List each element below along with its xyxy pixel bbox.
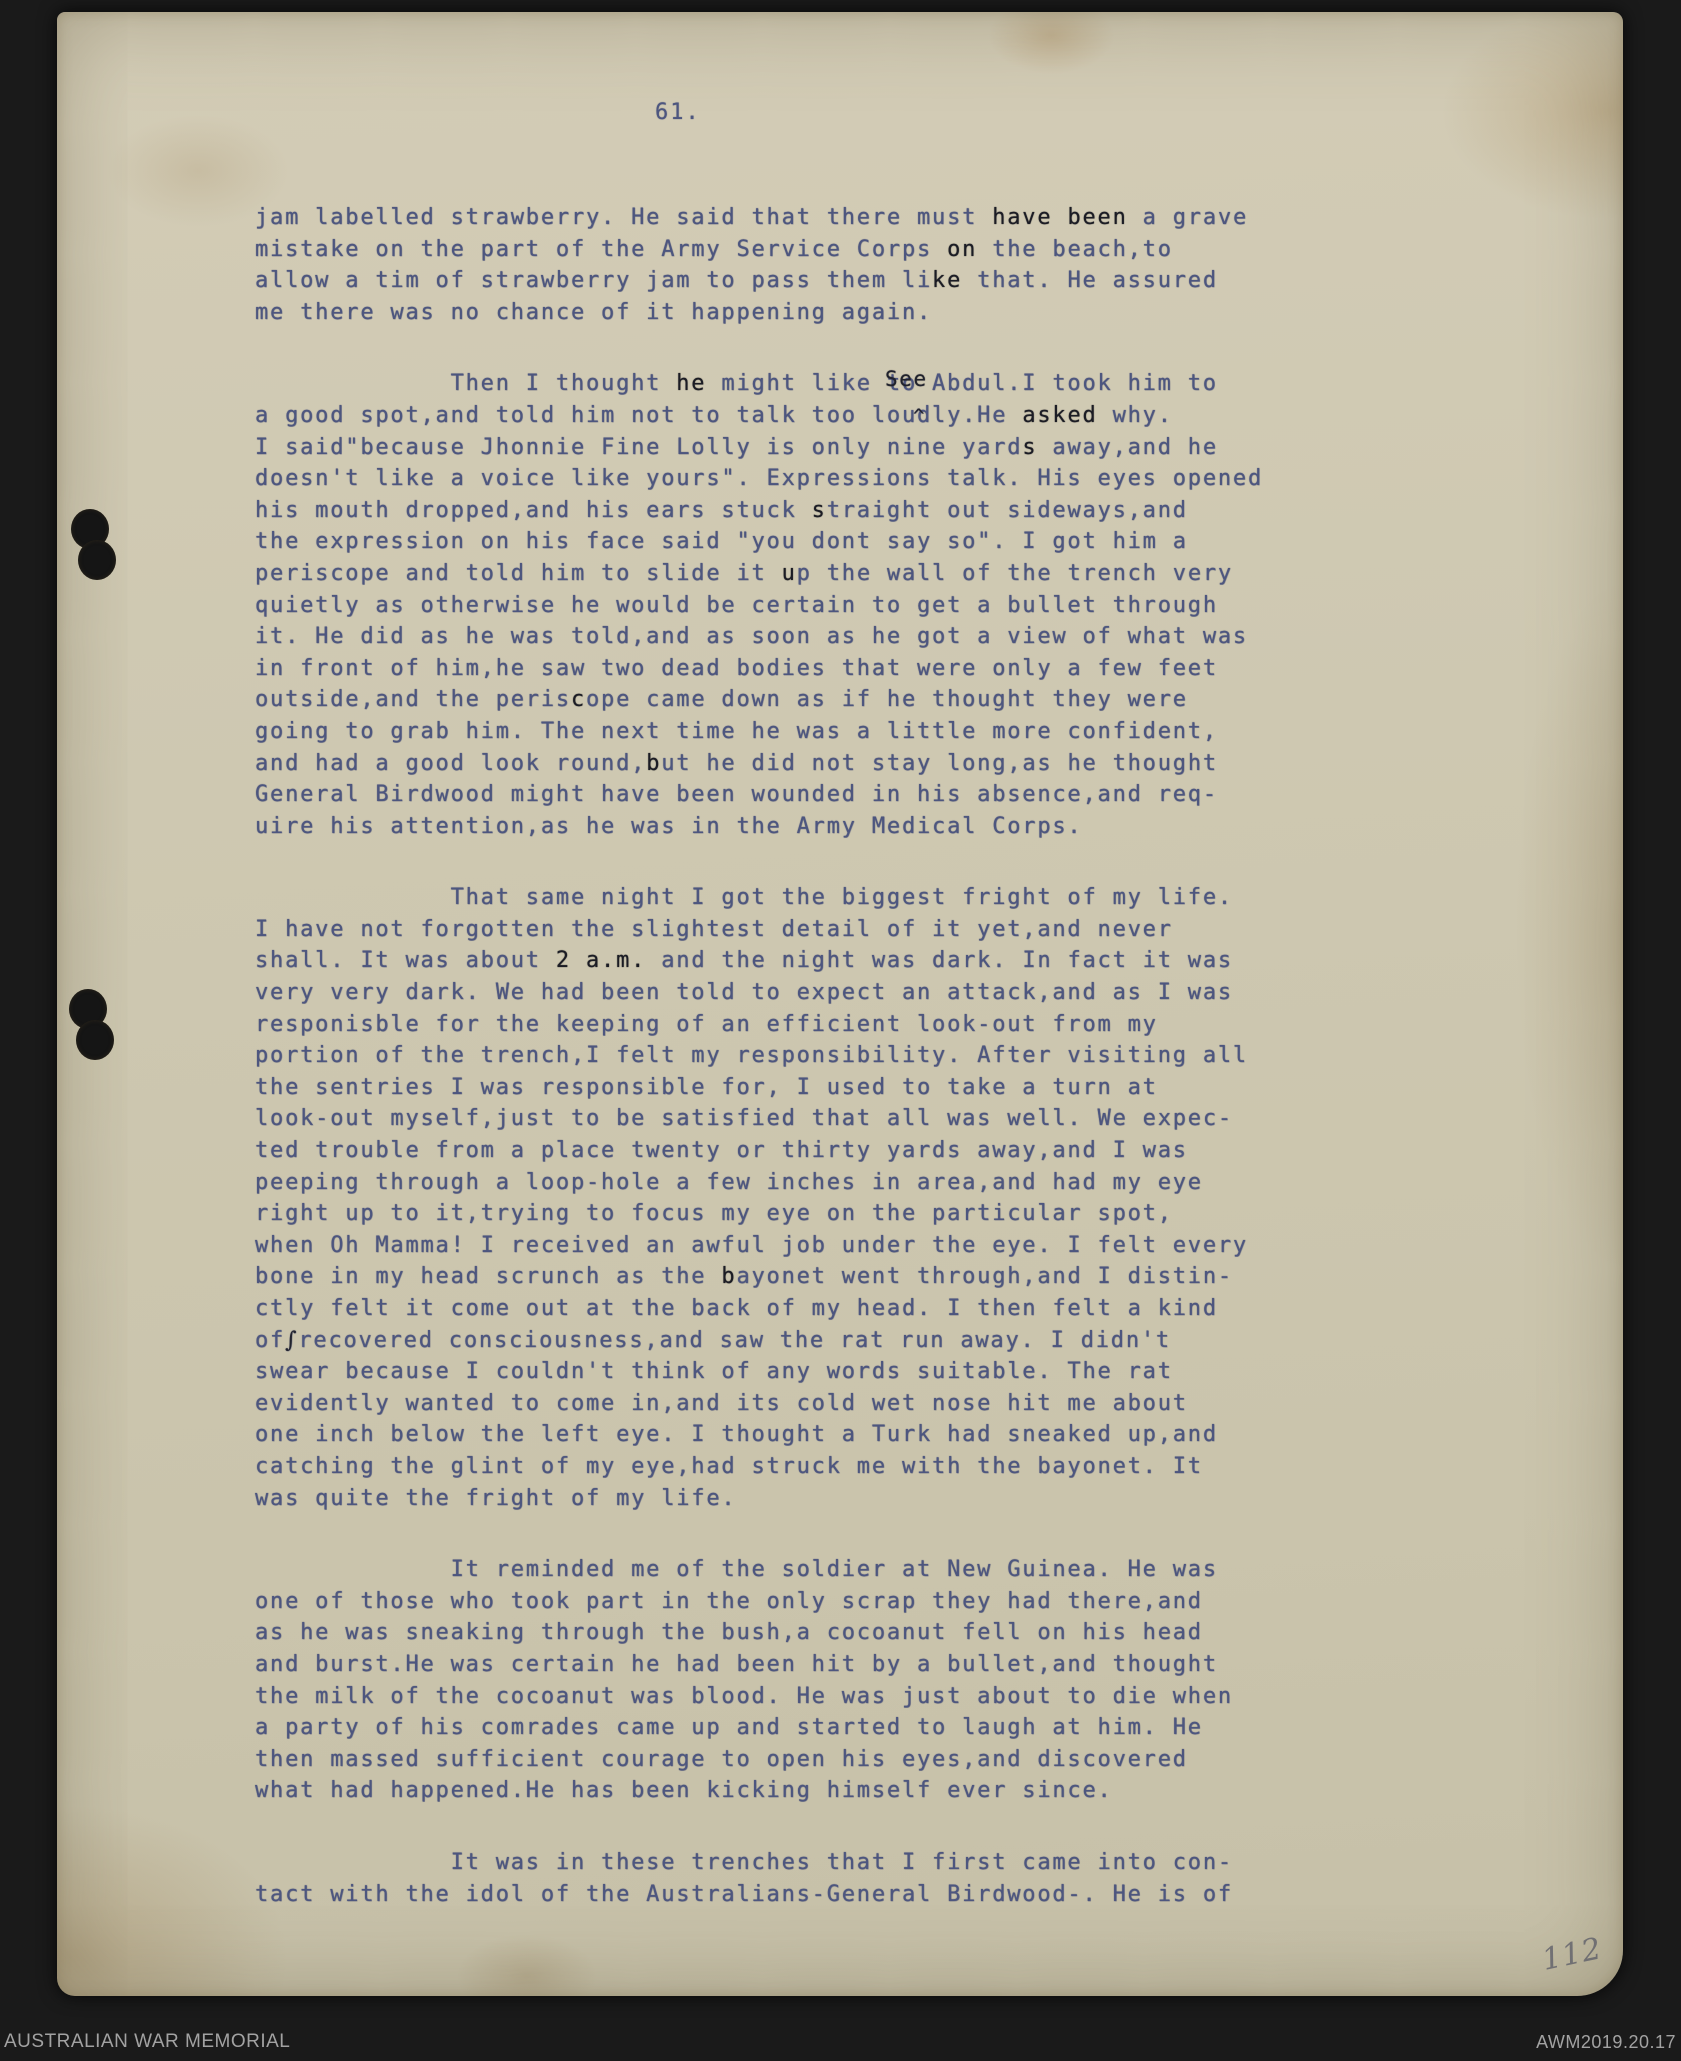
text-segment: I said"because Jhonnie Fine Lolly is onl… bbox=[255, 435, 1022, 460]
handwritten-page-mark: 112 bbox=[1539, 1931, 1605, 1978]
text-segment: evidently wanted to come in,and its cold… bbox=[255, 1391, 1188, 1416]
text-line: evidently wanted to come in,and its cold… bbox=[255, 1388, 1263, 1420]
text-line: the milk of the cocoanut was blood. He w… bbox=[255, 1681, 1263, 1713]
text-segment: me there was no chance of it happening a… bbox=[255, 300, 932, 325]
text-segment: That same night I got the biggest fright… bbox=[255, 885, 1233, 910]
text-line: I said"because Jhonnie Fine Lolly is onl… bbox=[255, 432, 1263, 464]
text-line: shall. It was about 2 a.m. and the night… bbox=[255, 945, 1263, 977]
text-segment: that. He assured bbox=[962, 268, 1218, 293]
text-segment: why. bbox=[1098, 403, 1173, 428]
paragraph: Then I thought he might like toSee^Abdul… bbox=[255, 368, 1263, 842]
text-segment: shall. It was about bbox=[255, 948, 556, 973]
text-segment: a party of his comrades came up and star… bbox=[255, 1715, 1203, 1740]
text-segment: doesn't like a voice like yours". Expres… bbox=[255, 466, 1263, 491]
text-segment: periscope and told him to slide it bbox=[255, 561, 782, 586]
text-line: when Oh Mamma! I received an awful job u… bbox=[255, 1230, 1263, 1262]
text-segment: when Oh Mamma! I received an awful job u… bbox=[255, 1233, 1248, 1258]
text-segment: bone in my head scrunch as the bbox=[255, 1264, 721, 1289]
text-segment: c bbox=[571, 687, 586, 712]
text-segment: traight out sideways,and bbox=[827, 498, 1188, 523]
text-line: catching the glint of my eye,had struck … bbox=[255, 1451, 1263, 1483]
text-line: quietly as otherwise he would be certain… bbox=[255, 590, 1263, 622]
text-line: and burst.He was certain he had been hit… bbox=[255, 1649, 1263, 1681]
text-segment: s bbox=[812, 498, 827, 523]
text-segment: what had happened.He has been kicking hi… bbox=[255, 1778, 1113, 1803]
punch-hole-bottom bbox=[69, 989, 115, 1083]
text-line: was quite the fright of my life. bbox=[255, 1483, 1263, 1515]
text-segment: right up to it,trying to focus my eye on… bbox=[255, 1201, 1173, 1226]
text-line: it. He did as he was told,and as soon as… bbox=[255, 621, 1263, 653]
text-line: ted trouble from a place twenty or thirt… bbox=[255, 1135, 1263, 1167]
text-line: I have not forgotten the slightest detai… bbox=[255, 914, 1263, 946]
text-line: bone in my head scrunch as the bayonet w… bbox=[255, 1261, 1263, 1293]
caret-mark: ^ bbox=[913, 401, 926, 433]
text-segment: peeping through a loop-hole a few inches… bbox=[255, 1170, 1203, 1195]
text-segment: ctly felt it come out at the back of my … bbox=[255, 1296, 1218, 1321]
text-segment: was quite the fright of my life. bbox=[255, 1486, 736, 1511]
paragraph: jam labelled strawberry. He said that th… bbox=[255, 202, 1263, 328]
text-segment: allow a tim of strawberry jam to pass th… bbox=[255, 268, 932, 293]
text-segment: General Birdwood might have been wounded… bbox=[255, 782, 1218, 807]
text-segment: as he was sneaking through the bush,a co… bbox=[255, 1620, 1203, 1645]
text-segment: he bbox=[676, 371, 706, 396]
text-segment: I have not forgotten the slightest detai… bbox=[255, 917, 1173, 942]
text-segment: Then I thought bbox=[255, 371, 676, 396]
text-segment: one inch below the left eye. I thought a… bbox=[255, 1422, 1218, 1447]
text-line: going to grab him. The next time he was … bbox=[255, 716, 1263, 748]
text-segment: then massed sufficient courage to open h… bbox=[255, 1747, 1188, 1772]
text-segment: mistake on the part of the Army Service … bbox=[255, 237, 947, 262]
text-line: a good spot,and told him not to talk too… bbox=[255, 400, 1263, 432]
text-segment: in front of him,he saw two dead bodies t… bbox=[255, 656, 1218, 681]
paragraph: It reminded me of the soldier at New Gui… bbox=[255, 1554, 1263, 1807]
text-line: peeping through a loop-hole a few inches… bbox=[255, 1167, 1263, 1199]
text-line: mistake on the part of the Army Service … bbox=[255, 234, 1263, 266]
archive-footer-right: AWM2019.20.17 bbox=[1536, 2032, 1676, 2053]
text-segment: away,and he bbox=[1037, 435, 1218, 460]
text-segment: It reminded me of the soldier at New Gui… bbox=[255, 1557, 1218, 1582]
text-segment: and had a good look round, bbox=[255, 751, 646, 776]
inserted-word: See bbox=[885, 364, 928, 396]
text-segment: look-out myself,just to be satisfied tha… bbox=[255, 1106, 1233, 1131]
text-segment: and the night was dark. In fact it was bbox=[646, 948, 1233, 973]
text-segment: a good spot,and told him not to talk too… bbox=[255, 403, 1022, 428]
text-line: very very dark. We had been told to expe… bbox=[255, 977, 1263, 1009]
text-line: That same night I got the biggest fright… bbox=[255, 882, 1263, 914]
text-segment: It was in these trenches that I first ca… bbox=[255, 1850, 1233, 1875]
text-segment: ke bbox=[932, 268, 962, 293]
text-line: jam labelled strawberry. He said that th… bbox=[255, 202, 1263, 234]
scan-background: 61. jam labelled strawberry. He said tha… bbox=[0, 0, 1681, 2061]
text-segment: ayonet went through,and I distin- bbox=[736, 1264, 1233, 1289]
page-number: 61. bbox=[655, 100, 701, 125]
text-segment: u bbox=[782, 561, 797, 586]
text-segment: going to grab him. The next time he was … bbox=[255, 719, 1218, 744]
paragraph: It was in these trenches that I first ca… bbox=[255, 1847, 1263, 1910]
text-line: as he was sneaking through the bush,a co… bbox=[255, 1617, 1263, 1649]
text-line: in front of him,he saw two dead bodies t… bbox=[255, 653, 1263, 685]
text-segment: s bbox=[1022, 435, 1037, 460]
text-segment: catching the glint of my eye,had struck … bbox=[255, 1454, 1203, 1479]
text-segment: his mouth dropped,and his ears stuck bbox=[255, 498, 812, 523]
text-segment: outside,and the peris bbox=[255, 687, 571, 712]
text-segment: portion of the trench,I felt my responsi… bbox=[255, 1043, 1248, 1068]
text-line: It reminded me of the soldier at New Gui… bbox=[255, 1554, 1263, 1586]
text-segment: the beach,to bbox=[977, 237, 1173, 262]
text-line: a party of his comrades came up and star… bbox=[255, 1712, 1263, 1744]
text-segment: ope came down as if he thought they were bbox=[586, 687, 1188, 712]
text-segment: have been bbox=[992, 205, 1127, 230]
text-segment: recovered consciousness,and saw the rat … bbox=[298, 1328, 1171, 1353]
text-line: uire his attention,as he was in the Army… bbox=[255, 811, 1263, 843]
text-segment: ∫ bbox=[285, 1328, 298, 1353]
text-line: what had happened.He has been kicking hi… bbox=[255, 1775, 1263, 1807]
text-line: tact with the idol of the Australians-Ge… bbox=[255, 1879, 1263, 1911]
text-line: one of those who took part in the only s… bbox=[255, 1586, 1263, 1618]
text-line: of∫recovered consciousness,and saw the r… bbox=[255, 1325, 1263, 1357]
text-segment: tact with the idol of the Australians-Ge… bbox=[255, 1882, 1233, 1907]
text-segment: b bbox=[721, 1264, 736, 1289]
text-line: then massed sufficient courage to open h… bbox=[255, 1744, 1263, 1776]
text-line: portion of the trench,I felt my responsi… bbox=[255, 1040, 1263, 1072]
text-segment: it. He did as he was told,and as soon as… bbox=[255, 624, 1248, 649]
text-line: doesn't like a voice like yours". Expres… bbox=[255, 463, 1263, 495]
text-line: Then I thought he might like toSee^Abdul… bbox=[255, 368, 1263, 400]
text-line: allow a tim of strawberry jam to pass th… bbox=[255, 265, 1263, 297]
punch-hole-top bbox=[71, 509, 117, 603]
text-segment: the sentries I was responsible for, I us… bbox=[255, 1075, 1158, 1100]
text-segment: ted trouble from a place twenty or thirt… bbox=[255, 1138, 1188, 1163]
text-segment: and burst.He was certain he had been hit… bbox=[255, 1652, 1218, 1677]
text-segment: the milk of the cocoanut was blood. He w… bbox=[255, 1684, 1233, 1709]
text-segment: p the wall of the trench very bbox=[797, 561, 1233, 586]
text-line: ctly felt it come out at the back of my … bbox=[255, 1293, 1263, 1325]
text-line: It was in these trenches that I first ca… bbox=[255, 1847, 1263, 1879]
text-segment: of bbox=[255, 1328, 285, 1353]
text-segment: uire his attention,as he was in the Army… bbox=[255, 814, 1082, 839]
text-line: his mouth dropped,and his ears stuck str… bbox=[255, 495, 1263, 527]
text-line: swear because I couldn't think of any wo… bbox=[255, 1356, 1263, 1388]
text-line: right up to it,trying to focus my eye on… bbox=[255, 1198, 1263, 1230]
text-segment: jam labelled strawberry. He said that th… bbox=[255, 205, 992, 230]
text-line: periscope and told him to slide it up th… bbox=[255, 558, 1263, 590]
text-segment: a grave bbox=[1128, 205, 1248, 230]
text-line: one inch below the left eye. I thought a… bbox=[255, 1419, 1263, 1451]
text-segment: responisble for the keeping of an effici… bbox=[255, 1012, 1158, 1037]
text-segment: Abdul.I took him to bbox=[932, 371, 1218, 396]
text-segment: asked bbox=[1022, 403, 1097, 428]
text-line: the expression on his face said "you don… bbox=[255, 526, 1263, 558]
text-segment: quietly as otherwise he would be certain… bbox=[255, 593, 1218, 618]
text-segment: on bbox=[947, 237, 977, 262]
archive-footer-left: AUSTRALIAN WAR MEMORIAL bbox=[4, 2031, 290, 2053]
text-segment: very very dark. We had been told to expe… bbox=[255, 980, 1233, 1005]
text-line: outside,and the periscope came down as i… bbox=[255, 684, 1263, 716]
text-line: look-out myself,just to be satisfied tha… bbox=[255, 1103, 1263, 1135]
text-line: responisble for the keeping of an effici… bbox=[255, 1009, 1263, 1041]
text-segment: the expression on his face said "you don… bbox=[255, 529, 1188, 554]
text-line: and had a good look round,but he did not… bbox=[255, 748, 1263, 780]
text-line: the sentries I was responsible for, I us… bbox=[255, 1072, 1263, 1104]
text-segment: one of those who took part in the only s… bbox=[255, 1589, 1203, 1614]
text-segment: b bbox=[646, 751, 661, 776]
text-line: General Birdwood might have been wounded… bbox=[255, 779, 1263, 811]
paragraph: That same night I got the biggest fright… bbox=[255, 882, 1263, 1514]
typed-text-block: jam labelled strawberry. He said that th… bbox=[255, 202, 1263, 1950]
text-segment: 2 a.m. bbox=[556, 948, 646, 973]
text-segment: swear because I couldn't think of any wo… bbox=[255, 1359, 1173, 1384]
text-segment: ut he did not stay long,as he thought bbox=[661, 751, 1218, 776]
document-page: 61. jam labelled strawberry. He said tha… bbox=[57, 12, 1623, 1996]
text-line: me there was no chance of it happening a… bbox=[255, 297, 1263, 329]
